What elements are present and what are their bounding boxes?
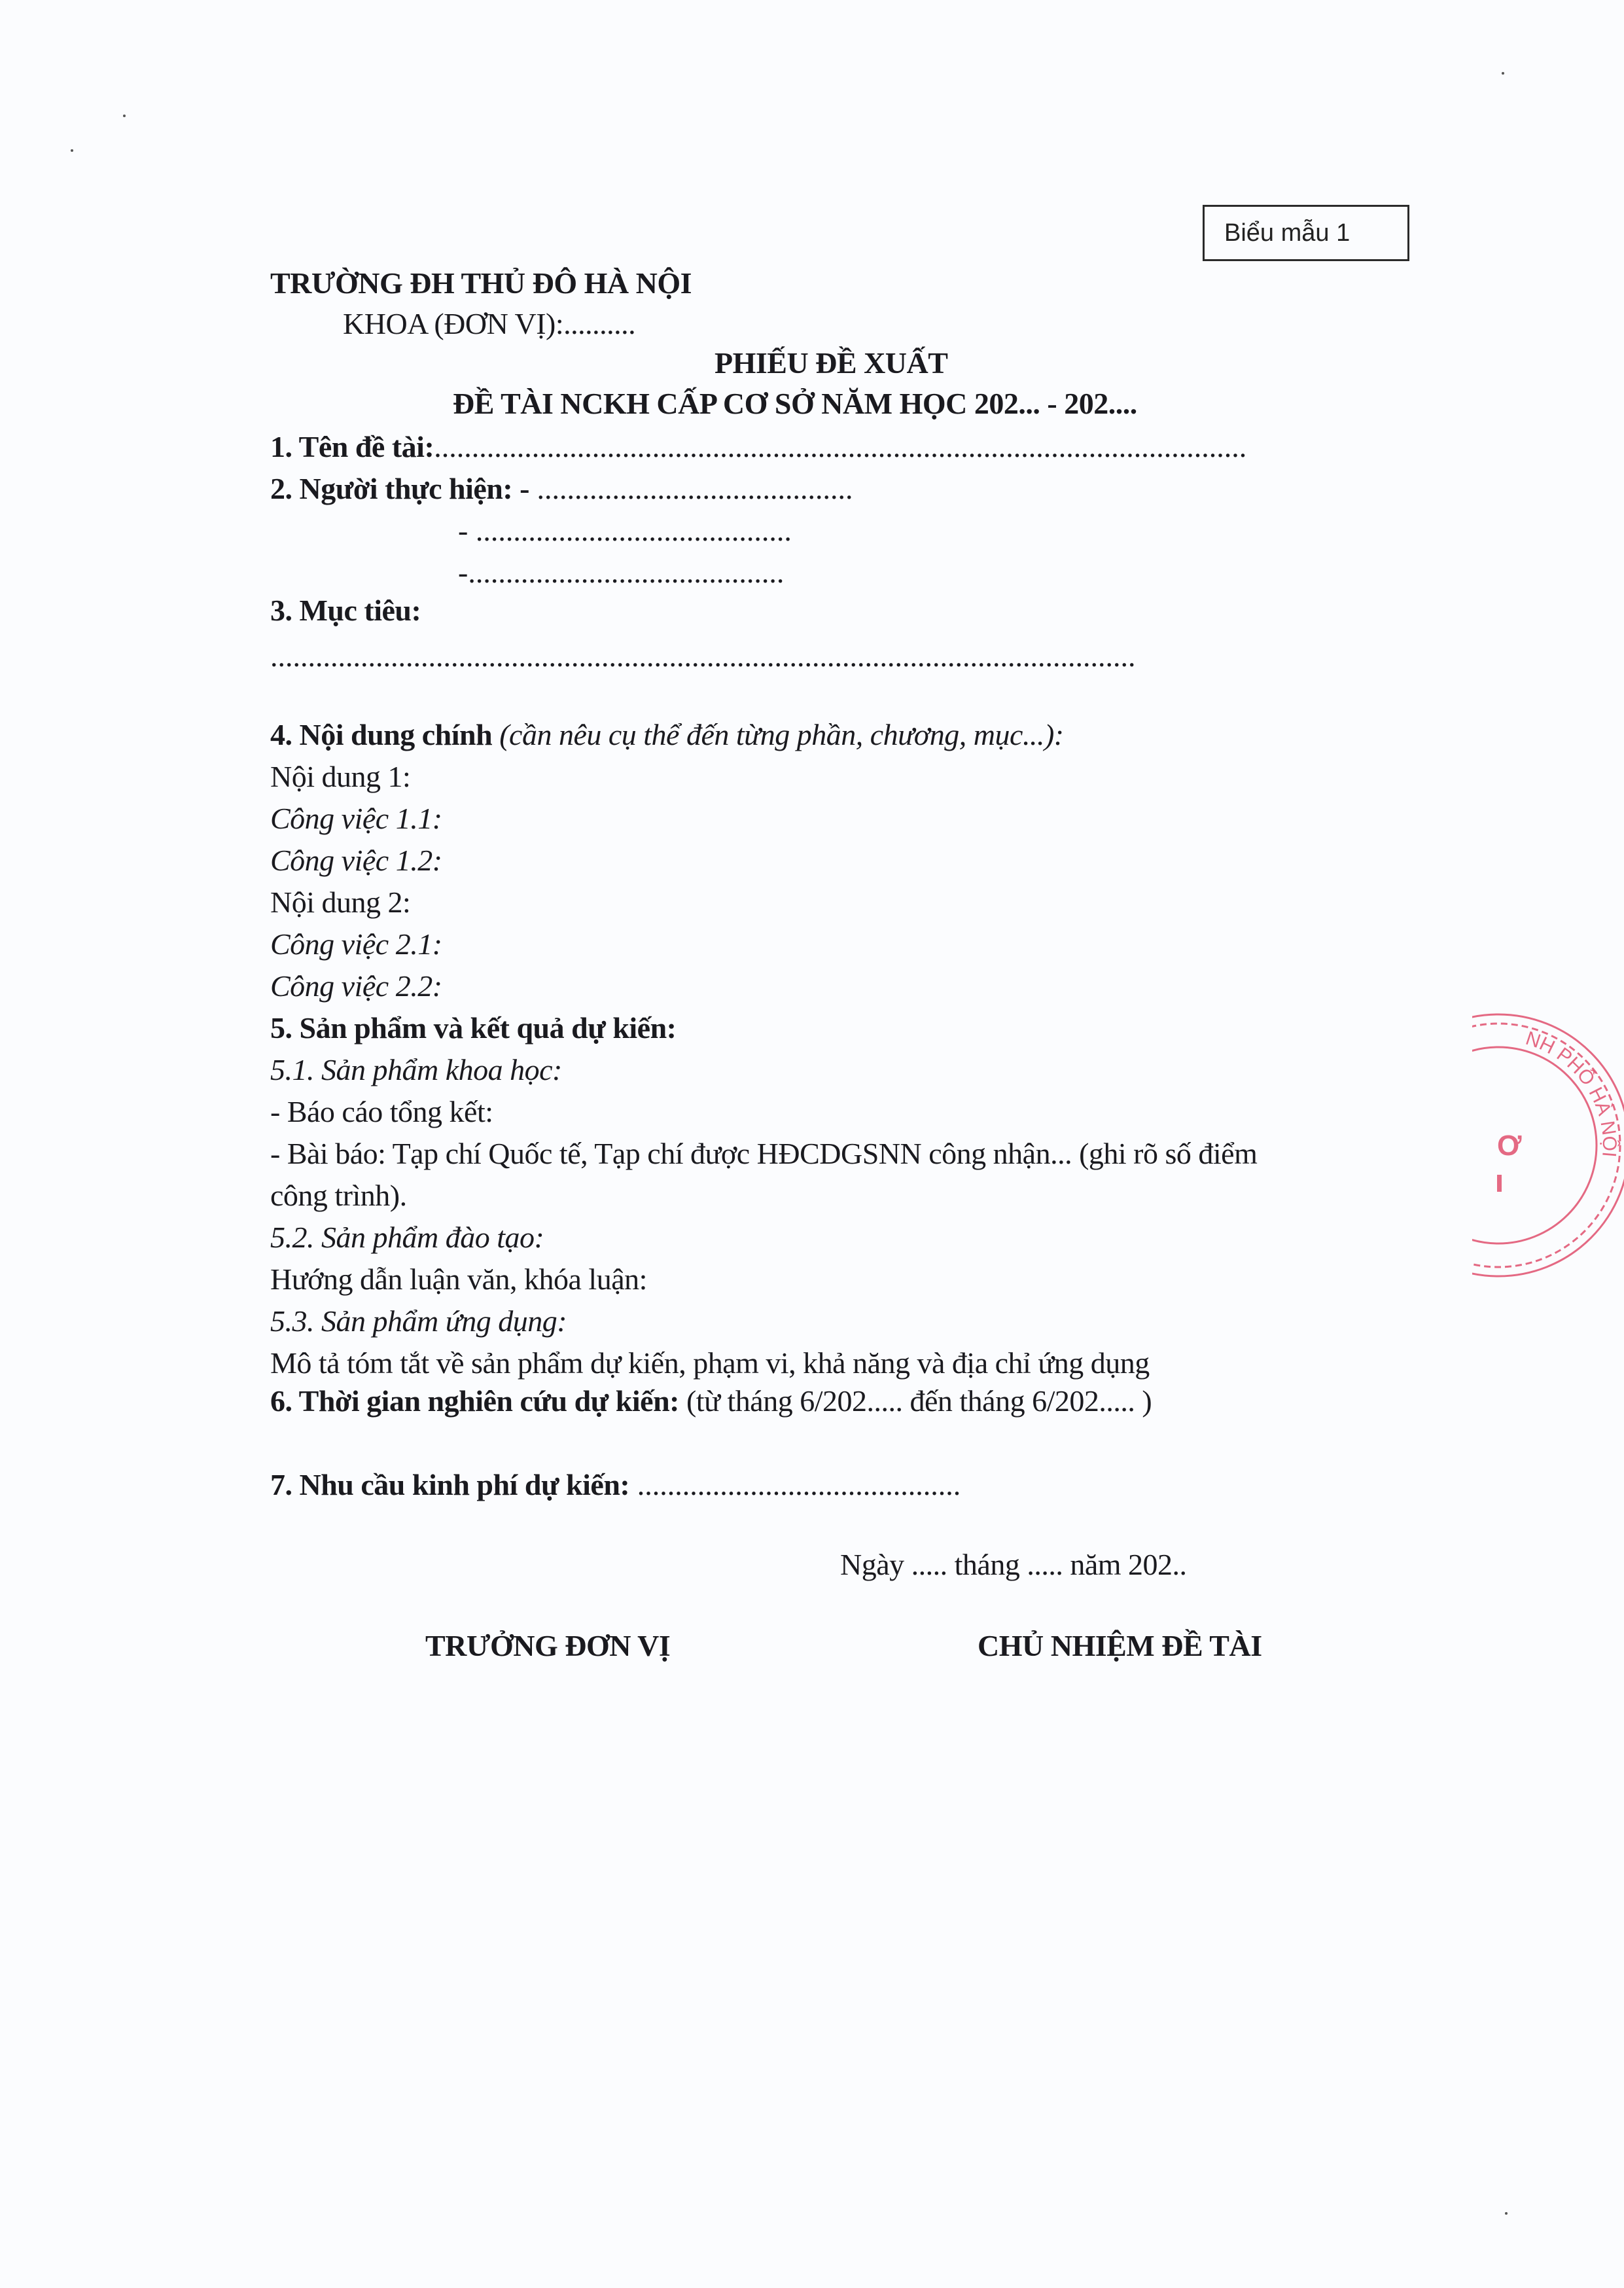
performer-field-1[interactable]: ........................................… [529, 472, 853, 505]
scan-speck [1502, 72, 1504, 75]
signature-date[interactable]: Ngày ..... tháng ..... năm 202.. [840, 1550, 1187, 1580]
project-lead-signature-title: CHỦ NHIỆM ĐỀ TÀI [978, 1631, 1262, 1661]
duration-label: 6. Thời gian nghiên cứu dự kiến: [270, 1384, 679, 1418]
objective-label: 3. Mục tiêu: [270, 596, 421, 626]
scan-speck [71, 149, 73, 152]
section-topic: 1. Tên đề tài:..........................… [270, 432, 1246, 462]
form-title: PHIẾU ĐỀ XUẤT [715, 348, 947, 378]
official-stamp-icon: NH PHỐ HÀ NỘI Ơ [1472, 1008, 1624, 1283]
section-content: 4. Nội dung chính (cần nêu cụ thể đến từ… [270, 720, 1064, 750]
content-note: (cần nêu cụ thể đến từng phần, chương, m… [492, 718, 1063, 751]
topic-field[interactable]: ........................................… [434, 430, 1246, 463]
task-item: Công việc 2.1: [270, 929, 442, 959]
performer-field-2[interactable]: - ......................................… [458, 516, 792, 546]
unit-head-signature-title: TRƯỞNG ĐƠN VỊ [425, 1631, 670, 1661]
task-item: Công việc 2.2: [270, 971, 442, 1001]
performer-label: 2. Người thực hiện: - [270, 472, 529, 505]
section-performer: 2. Người thực hiện: - ..................… [270, 474, 853, 504]
content-label: 4. Nội dung chính [270, 718, 492, 751]
section-duration: 6. Thời gian nghiên cứu dự kiến: (từ thá… [270, 1386, 1152, 1416]
objective-field[interactable]: ........................................… [270, 641, 1136, 671]
content-item: Nội dung 1: [270, 762, 410, 792]
stamp-text: NH PHỐ HÀ NỘI [1523, 1028, 1621, 1158]
applied-description-line: Mô tả tóm tắt về sản phẩm dự kiến, phạm … [270, 1348, 1150, 1378]
topic-label: 1. Tên đề tài: [270, 430, 434, 463]
articles-line-cont: công trình). [270, 1181, 407, 1211]
budget-label: 7. Nhu cầu kinh phí dự kiến: [270, 1468, 629, 1501]
duration-value[interactable]: (từ tháng 6/202..... đến tháng 6/202....… [679, 1384, 1152, 1418]
school-name: TRƯỜNG ĐH THỦ ĐÔ HÀ NỘI [270, 268, 692, 298]
budget-field[interactable]: ........................................… [629, 1468, 961, 1501]
form-label: Biểu mẫu 1 [1224, 219, 1350, 247]
products-label: 5. Sản phẩm và kết quả dự kiến: [270, 1013, 677, 1043]
task-item: Công việc 1.2: [270, 846, 442, 876]
science-products-label: 5.1. Sản phẩm khoa học: [270, 1055, 562, 1085]
performer-field-3[interactable]: -.......................................… [458, 558, 784, 588]
scan-speck [1505, 2212, 1508, 2215]
training-products-label: 5.2. Sản phẩm đào tạo: [270, 1223, 544, 1253]
thesis-guidance-line: Hướng dẫn luận văn, khóa luận: [270, 1264, 647, 1295]
faculty-line: KHOA (ĐƠN VỊ):.......... [343, 309, 635, 339]
articles-line: - Bài báo: Tạp chí Quốc tế, Tạp chí được… [270, 1139, 1257, 1169]
form-subtitle: ĐỀ TÀI NCKH CẤP CƠ SỞ NĂM HỌC 202... - 2… [453, 389, 1137, 419]
content-item: Nội dung 2: [270, 887, 410, 918]
applied-products-label: 5.3. Sản phẩm ứng dụng: [270, 1306, 567, 1336]
scan-speck [123, 115, 126, 117]
svg-text:Ơ: Ơ [1497, 1130, 1522, 1162]
summary-report-line: - Báo cáo tổng kết: [270, 1097, 493, 1127]
svg-text:NH PHỐ HÀ NỘI: NH PHỐ HÀ NỘI [1523, 1028, 1621, 1158]
form-label-box: Biểu mẫu 1 [1203, 205, 1409, 261]
task-item: Công việc 1.1: [270, 804, 442, 834]
section-budget: 7. Nhu cầu kinh phí dự kiến: ...........… [270, 1470, 961, 1500]
